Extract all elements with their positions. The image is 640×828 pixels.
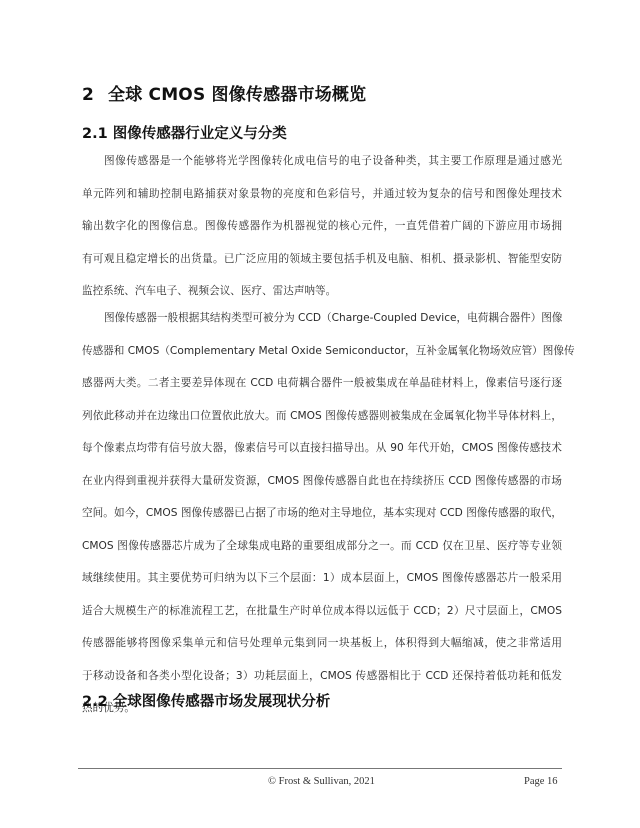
- paragraph-line: 在业内得到重视并获得大量研发资源，CMOS 图像传感器自此也在持续挤压 CCD …: [82, 465, 562, 498]
- paragraph-line: 于移动设备和各类小型化设备；3）功耗层面上，CMOS 传感器相比于 CCD 还保…: [82, 660, 562, 693]
- paragraph-line: 适合大规模生产的标准流程工艺，在批量生产时单位成本得以远低于 CCD；2）尺寸层…: [82, 595, 562, 628]
- paragraph-line: 每个像素点均带有信号放大器，像素信号可以直接扫描导出。从 90 年代开始，CMO…: [82, 432, 562, 465]
- document-page: 2全球 CMOS 图像传感器市场概览 2.1 图像传感器行业定义与分类 图像传感…: [0, 0, 640, 828]
- section-number: 2: [82, 85, 108, 105]
- paragraph-classification: 图像传感器一般根据其结构类型可被分为 CCD（Charge-Coupled De…: [82, 302, 562, 725]
- paragraph-line: 单元阵列和辅助控制电路捕获对象景物的亮度和色彩信号，并通过较为复杂的信号和图像处…: [82, 178, 562, 211]
- section-heading: 2全球 CMOS 图像传感器市场概览: [82, 80, 366, 105]
- paragraph-line: CMOS 图像传感器芯片成为了全球集成电路的重要组成部分之一。而 CCD 仅在卫…: [82, 530, 562, 563]
- paragraph-line: 感器两大类。二者主要差异体现在 CCD 电荷耦合器件一般被集成在单晶硅材料上，像…: [82, 367, 562, 400]
- subsection-heading-2-1: 2.1 图像传感器行业定义与分类: [82, 122, 287, 143]
- paragraph-line: 域继续使用。其主要优势可归纳为以下三个层面：1）成本层面上，CMOS 图像传感器…: [82, 562, 562, 595]
- subsection-heading-2-2: 2.2 全球图像传感器市场发展现状分析: [82, 690, 330, 711]
- paragraph-definition: 图像传感器是一个能够将光学图像转化成电信号的电子设备种类，其主要工作原理是通过感…: [82, 145, 562, 308]
- paragraph-line: 传感器能够将图像采集单元和信号处理单元集到同一块基板上，体积得到大幅缩减，使之非…: [82, 627, 562, 660]
- footer-divider: [78, 768, 562, 769]
- paragraph-line: 空间。如今，CMOS 图像传感器已占据了市场的绝对主导地位，基本实现对 CCD …: [82, 497, 562, 530]
- paragraph-line: 有可观且稳定增长的出货量。已广泛应用的领域主要包括手机及电脑、相机、摄录影机、智…: [82, 243, 562, 276]
- paragraph-line: 输出数字化的图像信息。图像传感器作为机器视觉的核心元件，一直凭借着广阔的下游应用…: [82, 210, 562, 243]
- paragraph-line: 列依此移动并在边缘出口位置依此放大。而 CMOS 图像传感器则被集成在金属氧化物…: [82, 400, 562, 433]
- section-title: 全球 CMOS 图像传感器市场概览: [108, 85, 366, 105]
- paragraph-line: 图像传感器是一个能够将光学图像转化成电信号的电子设备种类，其主要工作原理是通过感…: [82, 145, 562, 178]
- paragraph-line: 图像传感器一般根据其结构类型可被分为 CCD（Charge-Coupled De…: [82, 302, 562, 335]
- footer-copyright: © Frost & Sullivan, 2021: [268, 776, 375, 787]
- paragraph-line: 传感器和 CMOS（Complementary Metal Oxide Semi…: [82, 335, 562, 368]
- footer-page-number: Page 16: [524, 776, 558, 787]
